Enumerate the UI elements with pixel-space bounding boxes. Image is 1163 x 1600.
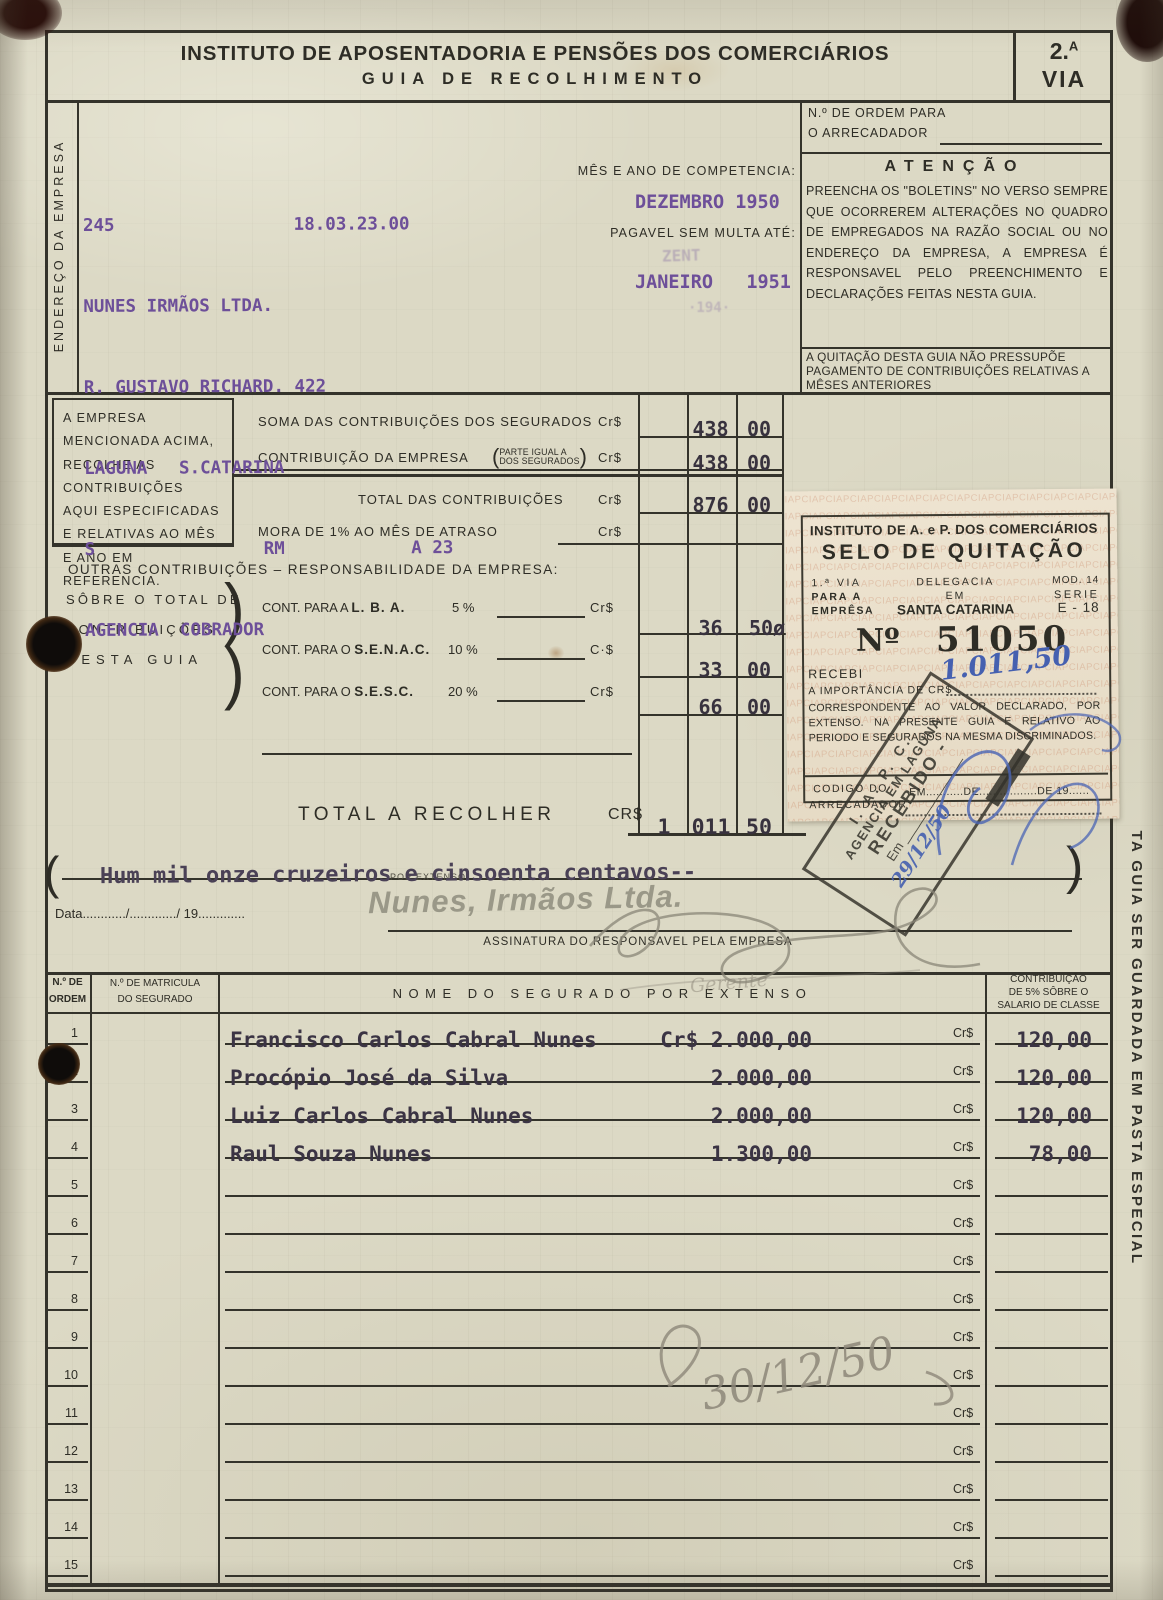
row-currency-label: Cr$ bbox=[953, 1064, 973, 1078]
row-contrib-rule bbox=[995, 1537, 1108, 1539]
row-currency-label: Cr$ bbox=[953, 1368, 973, 1382]
contrib-cur-mora: Cr$ bbox=[598, 524, 622, 539]
row-number-rule bbox=[47, 1461, 88, 1463]
address-side-label: ENDEREÇO DA EMPRESA bbox=[52, 100, 72, 392]
row-name-rule bbox=[225, 1499, 980, 1501]
row-number: 10 bbox=[45, 1368, 78, 1382]
row-name-rule bbox=[225, 1233, 980, 1235]
selo-institute: INSTITUTO DE A. e P. DOS COMERCIÁRIOS bbox=[803, 521, 1105, 539]
row-contribution: 120,00 bbox=[993, 1028, 1092, 1052]
selo-estado: SANTA CATARINA bbox=[886, 601, 1026, 617]
row-number-rule bbox=[47, 1499, 88, 1501]
row-number-rule bbox=[47, 1157, 88, 1159]
row-currency-label: Cr$ bbox=[953, 1140, 973, 1154]
table-vline-matricula bbox=[218, 972, 220, 1583]
selo-em: EM bbox=[895, 589, 1015, 602]
senac-cur: C·$ bbox=[590, 642, 614, 657]
total-thousand: 1 bbox=[645, 815, 683, 840]
row-currency-label: Cr$ bbox=[953, 1178, 973, 1192]
row-number: 8 bbox=[45, 1292, 78, 1306]
row-number: 13 bbox=[45, 1482, 78, 1496]
row-contrib-rule bbox=[995, 1271, 1108, 1273]
order-number-blank-line bbox=[940, 143, 1102, 145]
contrib-paren-note: ( PARTE IGUAL A DOS SEGURADOS ) bbox=[492, 444, 587, 470]
row-currency-label: Cr$ bbox=[953, 1292, 973, 1306]
selo-para: PARA A bbox=[811, 591, 862, 603]
amount-senac-int: 33 bbox=[687, 658, 734, 682]
header-nome: NOME DO SEGURADO POR EXTENSO bbox=[220, 986, 985, 1001]
total-recolher-label: TOTAL A RECOLHER bbox=[298, 804, 555, 826]
row-name-rule bbox=[225, 1195, 980, 1197]
row-number: 12 bbox=[45, 1444, 78, 1458]
row-currency-label: Cr$ bbox=[953, 1330, 973, 1344]
address-strip-divider bbox=[77, 100, 79, 392]
company-rubber-stamp: Nunes, Irmãos Ltda. bbox=[368, 879, 684, 922]
row-name-rule bbox=[225, 1309, 980, 1311]
row-currency-label: Cr$ bbox=[953, 1520, 973, 1534]
table-vline-contrib bbox=[985, 972, 987, 1583]
row-name: Procópio José da Silva bbox=[230, 1066, 508, 1090]
company-city-state: LAGUNA S.CATARINA bbox=[84, 454, 453, 483]
row-number: 15 bbox=[45, 1558, 78, 1572]
paren-line-2: DOS SEGURADOS bbox=[499, 457, 579, 467]
row-currency-label: Cr$ bbox=[953, 1216, 973, 1230]
row-contrib-rule bbox=[995, 1423, 1108, 1425]
company-codes-line: S RM A 23 bbox=[85, 535, 454, 564]
row-number-rule bbox=[47, 1537, 88, 1539]
punch-hole-top bbox=[26, 616, 82, 672]
page-title: GUIA DE RECOLHIMENTO bbox=[60, 70, 1010, 89]
row-contribution: 78,00 bbox=[993, 1142, 1092, 1166]
row-name-rule bbox=[225, 1385, 980, 1387]
atencao-note: A QUITAÇÃO DESTA GUIA NÃO PRESSUPÕE PAGA… bbox=[806, 351, 1108, 392]
company-agency-line: AGENCIA COBRADOR bbox=[85, 616, 454, 645]
punch-hole-bottom bbox=[38, 1043, 80, 1085]
row-contrib-rule bbox=[995, 1461, 1108, 1463]
row-name: Raul Souza Nunes bbox=[230, 1142, 432, 1166]
competencia-label: MÊS E ANO DE COMPETENCIA: bbox=[520, 164, 796, 178]
selo-empresa: EMPRÊSA bbox=[812, 605, 875, 618]
selo-recebi: RECEBI bbox=[808, 667, 864, 681]
row-number-rule bbox=[47, 1195, 88, 1197]
competencia-month: DEZEMBRO 1950 bbox=[635, 192, 780, 213]
company-typed-block: 245 18.03.23.00 NUNES IRMÃOS LTDA. R. GU… bbox=[83, 157, 455, 699]
amount-soma-int: 438 bbox=[687, 417, 734, 441]
header-via-divider bbox=[1013, 32, 1016, 101]
contrib-cur-total: Cr$ bbox=[598, 492, 622, 507]
row-name-rule bbox=[225, 1575, 980, 1577]
senac-leader bbox=[497, 658, 585, 660]
contrib-cur-soma: Cr$ bbox=[598, 414, 622, 429]
selo-serie-num: E - 18 bbox=[1026, 600, 1100, 616]
amount-lba-int: 36 bbox=[687, 616, 734, 640]
row-contrib-rule bbox=[995, 1385, 1108, 1387]
row-name-rule bbox=[225, 1271, 980, 1273]
row-number-rule bbox=[47, 1423, 88, 1425]
row-contrib-rule bbox=[995, 1309, 1108, 1311]
atencao-note-rule bbox=[800, 347, 1110, 349]
via-label: VIA bbox=[1018, 66, 1110, 93]
signature-caption: ASSINATURA DO RESPONSAVEL PELA EMPRESA bbox=[388, 936, 888, 948]
signature-rule bbox=[388, 930, 1072, 932]
corner-mark-top-right bbox=[1116, 0, 1163, 62]
table-bottom-rule bbox=[45, 1583, 1110, 1587]
amount-sesc-int: 66 bbox=[687, 695, 734, 719]
row-name-rule bbox=[225, 1423, 980, 1425]
via-number-sup: A bbox=[1069, 38, 1078, 53]
due-month: JANEIRO 1951 bbox=[635, 272, 791, 293]
row-number-rule bbox=[47, 1119, 88, 1121]
row-number: 9 bbox=[45, 1330, 78, 1344]
ghost-stamp-1: ZENT bbox=[662, 245, 701, 265]
row-name-rule bbox=[225, 1537, 980, 1539]
row-currency-label: Cr$ bbox=[953, 1558, 973, 1572]
row-contribution: 120,00 bbox=[993, 1066, 1092, 1090]
row-salary: Cr$ 2.000,00 bbox=[540, 1028, 812, 1052]
row-salary: 2.000,00 bbox=[540, 1104, 812, 1128]
contrib-cur-empresa: Cr$ bbox=[598, 450, 622, 465]
sesc-cur: Cr$ bbox=[590, 684, 614, 699]
margin-filing-note: TA GUIA SER GUARDADA EM PASTA ESPECIAL bbox=[1123, 808, 1145, 1288]
atencao-body: PREENCHA OS "BOLETINS" NO VERSO SEMPRE Q… bbox=[806, 181, 1108, 305]
row-currency-label: Cr$ bbox=[953, 1102, 973, 1116]
arrecadador-box-rule bbox=[800, 152, 1110, 154]
via-number-value: 2. bbox=[1050, 38, 1069, 64]
extenso-paren-open: ( bbox=[44, 846, 59, 900]
amount-sesc-cents: 00 bbox=[737, 695, 781, 719]
row-name-rule bbox=[225, 1347, 980, 1349]
row-contrib-rule bbox=[995, 1233, 1108, 1235]
amount-senac-cents: 00 bbox=[737, 658, 781, 682]
header-matricula-2: DO SEGURADO bbox=[92, 994, 218, 1005]
row-number: 3 bbox=[45, 1102, 78, 1116]
company-street: R. GUSTAVO RICHARD. 422 bbox=[84, 373, 453, 402]
header-contrib-2: DE 5% SÔBRE O bbox=[987, 987, 1110, 998]
paren-close-glyph: ) bbox=[580, 444, 587, 470]
amount-empresa-cents: 00 bbox=[737, 451, 781, 475]
company-name: NUNES IRMÃOS LTDA. bbox=[83, 292, 452, 321]
due-label: PAGAVEL SEM MULTA ATÉ: bbox=[520, 226, 796, 240]
row-number: 11 bbox=[45, 1406, 78, 1420]
value-rule-4 bbox=[558, 543, 784, 545]
row-name: Luiz Carlos Cabral Nunes bbox=[230, 1104, 533, 1128]
lba-pct: 5 % bbox=[452, 600, 474, 615]
row-number: 4 bbox=[45, 1140, 78, 1154]
row-number-rule bbox=[47, 1233, 88, 1235]
row-number-rule bbox=[47, 1575, 88, 1577]
extenso-paren-close: ) bbox=[1066, 836, 1083, 896]
row-currency-label: Cr$ bbox=[953, 1026, 973, 1040]
blank-extra-rule bbox=[262, 753, 632, 755]
table-vline-ordem bbox=[90, 972, 92, 1583]
company-code-line: 245 18.03.23.00 bbox=[83, 211, 452, 240]
date-field: Data............/............./ 19......… bbox=[55, 906, 245, 921]
row-salary: 1.300,00 bbox=[540, 1142, 812, 1166]
selo-delegacia: DELEGACIA bbox=[895, 575, 1015, 588]
total-int: 011 bbox=[688, 815, 734, 840]
row-currency-label: Cr$ bbox=[953, 1482, 973, 1496]
header-bottom-rule bbox=[45, 100, 1110, 103]
row-contrib-rule bbox=[995, 1195, 1108, 1197]
selo-numero-label: Nº bbox=[856, 622, 900, 658]
ghost-stamp-2: ·194· bbox=[688, 300, 730, 316]
row-currency-label: Cr$ bbox=[953, 1406, 973, 1420]
total-cents: 50 bbox=[737, 815, 781, 840]
amount-total-cents: 00 bbox=[737, 493, 781, 517]
lba-leader bbox=[497, 616, 585, 618]
table-header-rule bbox=[45, 1012, 1110, 1014]
row-number-rule bbox=[47, 1309, 88, 1311]
via-number: 2.A bbox=[1018, 38, 1110, 65]
row-number-rule bbox=[47, 1347, 88, 1349]
amount-total-int: 876 bbox=[687, 493, 734, 517]
row-number-rule bbox=[47, 1271, 88, 1273]
row-contribution: 120,00 bbox=[993, 1104, 1092, 1128]
selo-via: 1.ª VIA bbox=[811, 577, 861, 589]
lba-cur: Cr$ bbox=[590, 600, 614, 615]
header-contrib-1: CONTRIBUIÇÃO bbox=[987, 974, 1110, 985]
order-number-line2: O ARRECADADOR bbox=[808, 126, 928, 140]
row-number: 6 bbox=[45, 1216, 78, 1230]
atencao-title: ATENÇÃO bbox=[802, 158, 1108, 176]
row-currency-label: Cr$ bbox=[953, 1254, 973, 1268]
selo-mod: MOD. 14 bbox=[1025, 575, 1099, 587]
table-top-rule bbox=[45, 972, 1110, 975]
selo-title: SELO DE QUITAÇÃO bbox=[803, 539, 1105, 566]
row-number: 14 bbox=[45, 1520, 78, 1534]
grid-vline-4 bbox=[782, 392, 784, 836]
sesc-leader bbox=[497, 700, 585, 702]
header-contrib-3: SALARIO DE CLASSE bbox=[987, 1000, 1110, 1011]
institute-title: INSTITUTO DE APOSENTADORIA E PENSÕES DOS… bbox=[60, 42, 1010, 66]
header-ordem-2: ORDEM bbox=[45, 994, 90, 1005]
row-number: 5 bbox=[45, 1178, 78, 1192]
paren-open-glyph: ( bbox=[492, 444, 499, 470]
grid-vline-1 bbox=[638, 392, 640, 836]
row-number: 1 bbox=[45, 1026, 78, 1040]
row-name-rule bbox=[225, 1461, 980, 1463]
amount-empresa-int: 438 bbox=[687, 451, 734, 475]
row-currency-label: Cr$ bbox=[953, 1444, 973, 1458]
header-matricula-1: N.º DE MATRICULA bbox=[92, 978, 218, 989]
row-contrib-rule bbox=[995, 1575, 1108, 1577]
total-recolher-cur: CR$ bbox=[608, 806, 643, 824]
row-contrib-rule bbox=[995, 1499, 1108, 1501]
row-salary: 2.000,00 bbox=[540, 1066, 812, 1090]
order-number-line1: N.º DE ORDEM PARA bbox=[808, 106, 946, 120]
row-number-rule bbox=[47, 1385, 88, 1387]
amount-soma-cents: 00 bbox=[737, 417, 781, 441]
row-contrib-rule bbox=[995, 1347, 1108, 1349]
scanned-guia-document: INSTITUTO DE APOSENTADORIA E PENSÕES DOS… bbox=[0, 0, 1163, 1600]
row-number: 7 bbox=[45, 1254, 78, 1268]
header-ordem-1: N.º DE bbox=[45, 977, 90, 988]
